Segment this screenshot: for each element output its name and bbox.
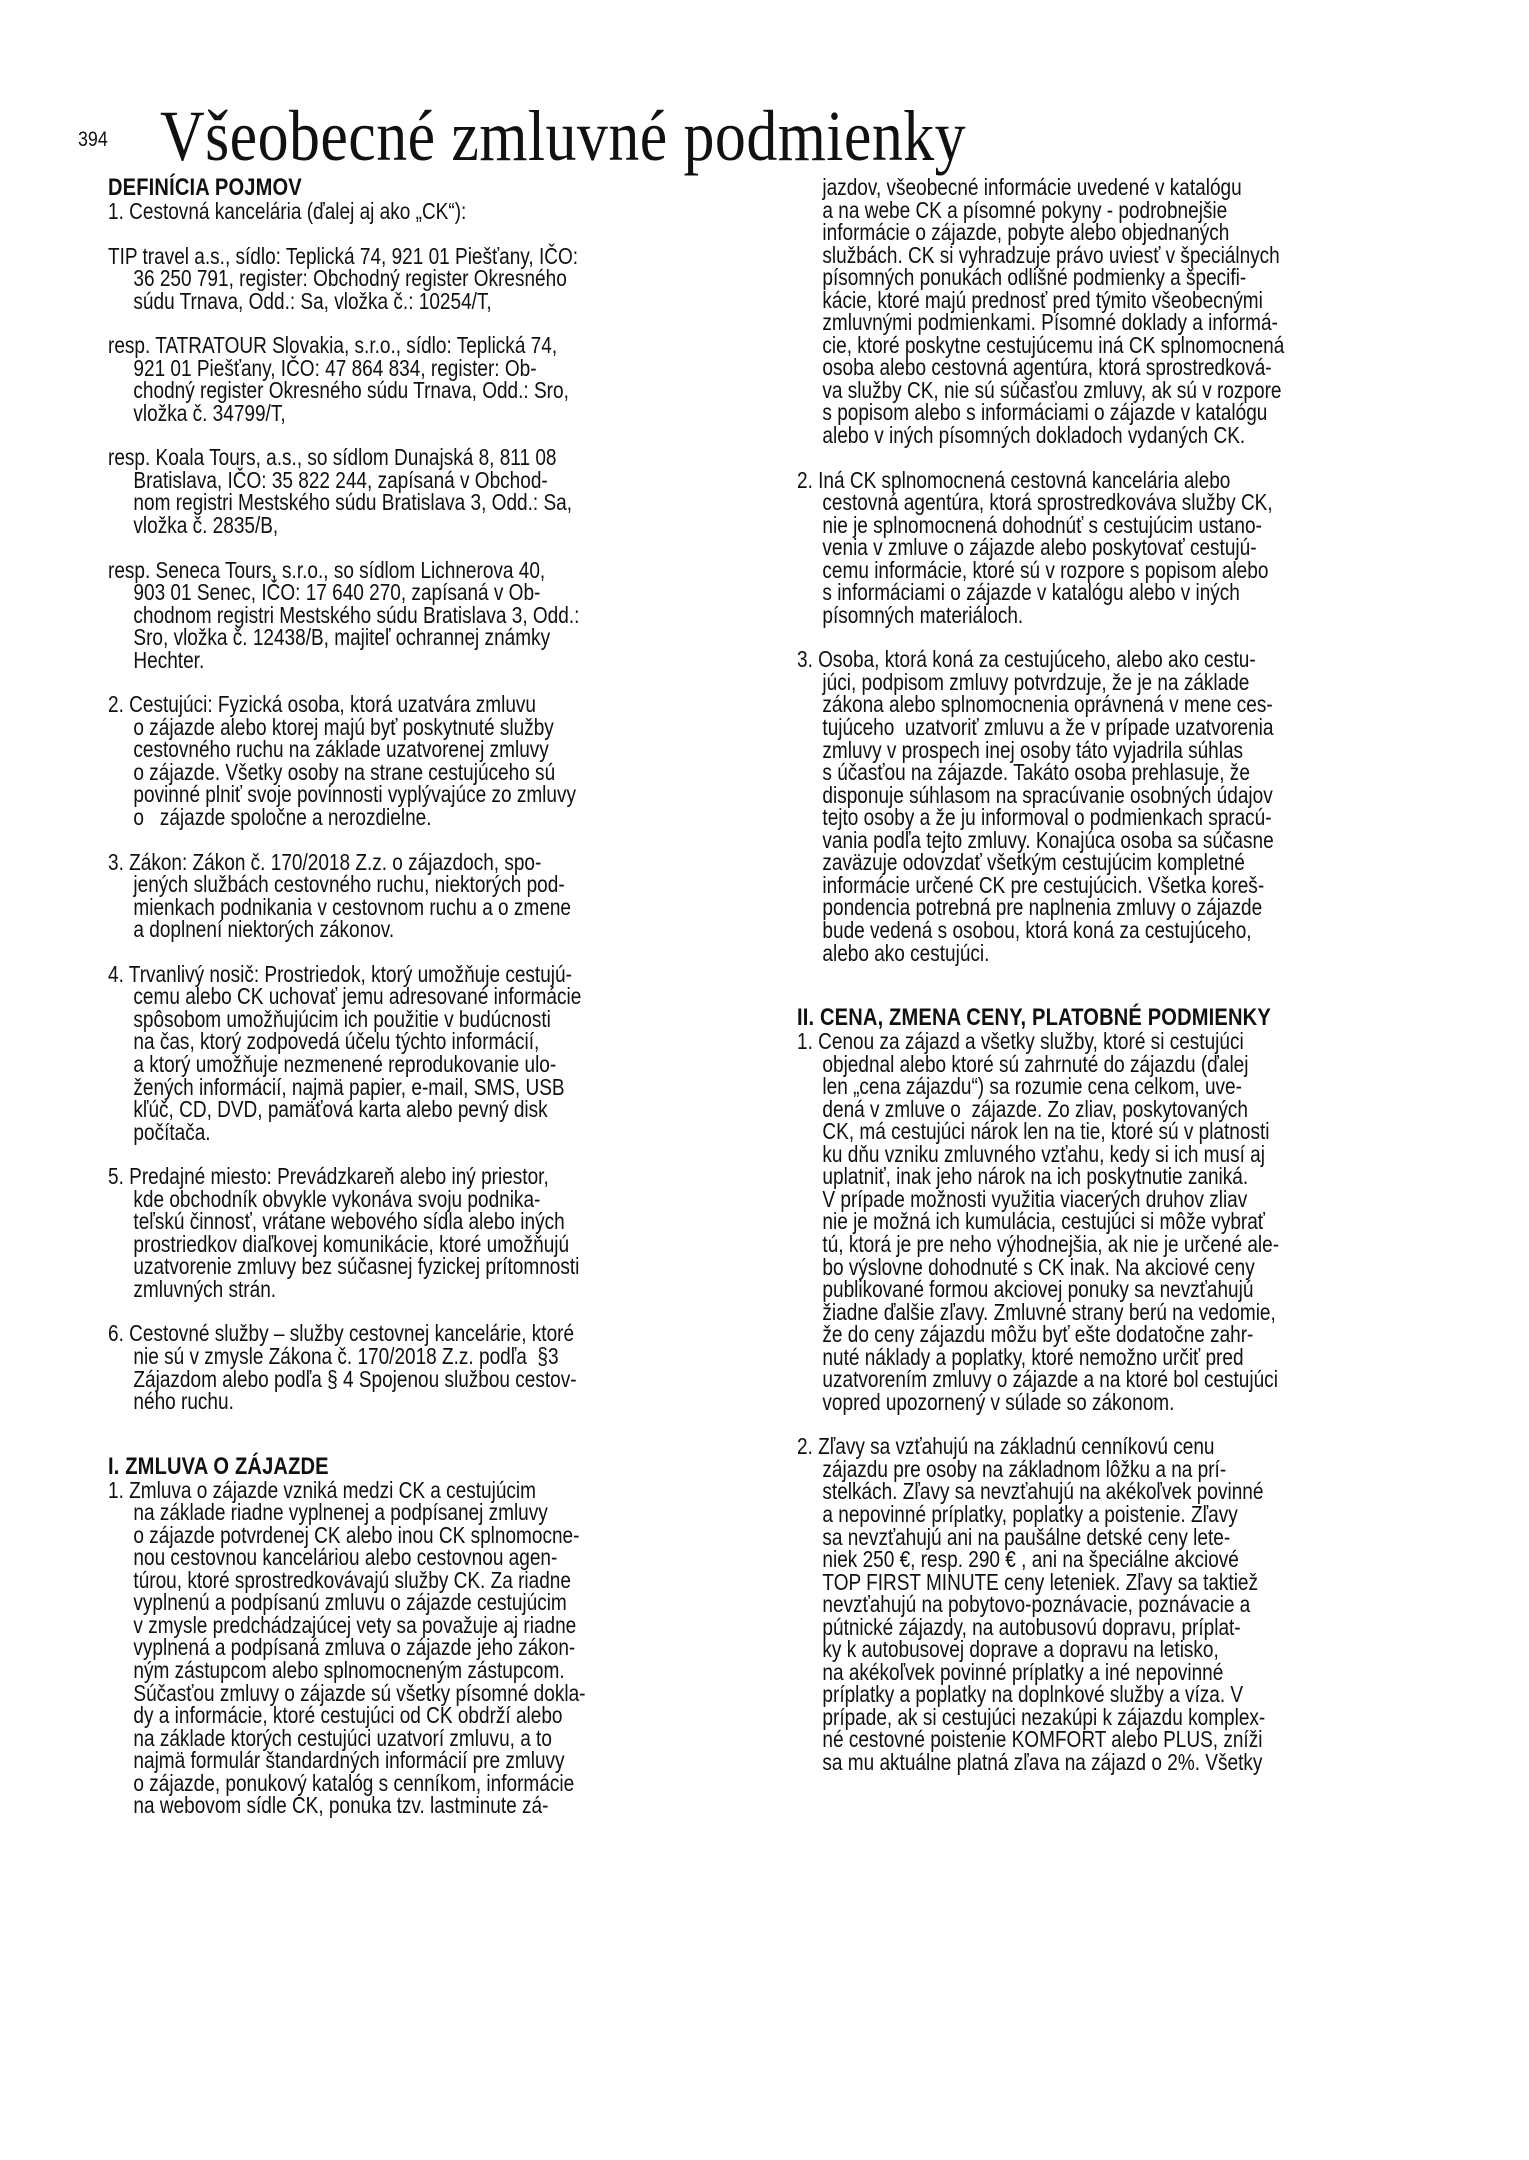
text-line: Zájazdom alebo podľa § 4 Spojenou službo… (108, 1368, 731, 1391)
text-line: osoba alebo cestovná agentúra, ktorá spr… (797, 356, 1420, 379)
definition-item-3: 3. Zákon: Zákon č. 170/2018 Z.z. o zájaz… (108, 851, 731, 941)
text-line: a na webe CK a písomné pokyny - podrobne… (797, 199, 1420, 222)
text-line: o zájazde spoločne a nerozdielne. (108, 806, 731, 829)
text-line: na základe riadne vyplnenej a podpísanej… (108, 1501, 731, 1524)
text-line: sa mu aktuálne platná zľava na zájazd o … (797, 1751, 1420, 1774)
text-line: 3. Zákon: Zákon č. 170/2018 Z.z. o zájaz… (108, 851, 731, 874)
text-line: Súčasťou zmluvy o zájazde sú všetky píso… (108, 1682, 731, 1705)
text-line: TOP FIRST MINUTE ceny leteniek. Zľavy sa… (797, 1571, 1420, 1594)
text-line: zákona alebo splnomocnenia oprávnená v m… (797, 693, 1420, 716)
contract-item-2: 2. Iná CK splnomocnená cestovná kancelár… (797, 469, 1420, 627)
text-line: v zmysle predchádzajúcej vety sa považuj… (108, 1614, 731, 1637)
text-line: vložka č. 2835/B, (108, 514, 731, 537)
text-line: resp. Koala Tours, a.s., so sídlom Dunaj… (108, 446, 731, 469)
text-line: s informáciami o zájazde v katalógu aleb… (797, 581, 1420, 604)
text-line: teľskú činnosť, vrátane webového sídla a… (108, 1210, 731, 1233)
price-item-1: 1. Cenou za zájazd a všetky služby, ktor… (797, 1030, 1420, 1413)
text-line: vyplnená a podpísaná zmluva o zájazde je… (108, 1636, 731, 1659)
text-line: službách. CK si vyhradzuje právo uviesť … (797, 244, 1420, 267)
text-line: resp. Seneca Tours, s.r.o., so sídlom Li… (108, 559, 731, 582)
company-tip-travel: TIP travel a.s., sídlo: Teplická 74, 921… (108, 245, 731, 313)
text-line: cestovného ruchu na základe uzatvorenej … (108, 738, 731, 761)
definition-item-4: 4. Trvanlivý nosič: Prostriedok, ktorý u… (108, 963, 731, 1143)
text-line: 5. Predajné miesto: Prevádzkareň alebo i… (108, 1165, 731, 1188)
text-line: nevzťahujú na pobytovo-poznávacie, pozná… (797, 1593, 1420, 1616)
text-line: nie je splnomocnená dohodnúť s cestujúci… (797, 514, 1420, 537)
text-line: žiadne ďalšie zľavy. Zmluvné strany berú… (797, 1301, 1420, 1324)
definition-item-5: 5. Predajné miesto: Prevádzkareň alebo i… (108, 1165, 731, 1300)
text-line: a nepovinné príplatky, poplatky a poiste… (797, 1503, 1420, 1526)
text-line: Hechter. (108, 649, 731, 672)
text-line: venia v zmluve o zájazde alebo poskytova… (797, 536, 1420, 559)
text-line: tú, ktorá je pre neho výhodnejšia, ak ni… (797, 1233, 1420, 1256)
text-line: 2. Cestujúci: Fyzická osoba, ktorá uzatv… (108, 693, 731, 716)
text-line: stelkách. Zľavy sa nevzťahujú na akékoľv… (797, 1480, 1420, 1503)
text-line: prípade, ak si cestujúci nezakúpi k zája… (797, 1706, 1420, 1729)
text-line: uzatvorením zmluvy o zájazde a na ktoré … (797, 1368, 1420, 1391)
text-line: kľúč, CD, DVD, pamäťová karta alebo pevn… (108, 1098, 731, 1121)
text-line: písomných ponukách odlišné podmienky a š… (797, 266, 1420, 289)
text-line: bude vedená s osobou, ktorá koná za cest… (797, 919, 1420, 942)
section-heading-cena: II. CENA, ZMENA CENY, PLATOBNÉ PODMIENKY (797, 1006, 1420, 1030)
text-line: na čas, ktorý zodpovedá účelu týchto inf… (108, 1030, 731, 1053)
text-line: zmluvných strán. (108, 1278, 731, 1301)
text-line: a doplnení niektorých zákonov. (108, 918, 731, 941)
text-line: kácie, ktoré majú prednosť pred týmito v… (797, 289, 1420, 312)
text-line: cemu alebo CK uchovať jemu adresované in… (108, 985, 731, 1008)
text-line: o zájazde. Všetky osoby na strane cestuj… (108, 761, 731, 784)
page-number: 394 (78, 128, 108, 152)
price-item-2: 2. Zľavy sa vzťahujú na základnú cenníko… (797, 1435, 1420, 1773)
text-line: jených službách cestovného ruchu, niekto… (108, 873, 731, 896)
text-line: bo výslovne dohodnuté s CK inak. Na akci… (797, 1256, 1420, 1279)
text-line: 1. Cenou za zájazd a všetky služby, ktor… (797, 1030, 1420, 1053)
definition-item-2: 2. Cestujúci: Fyzická osoba, ktorá uzatv… (108, 693, 731, 828)
text-line: cemu informácie, ktoré sú v rozpore s po… (797, 559, 1420, 582)
text-line: nie sú v zmysle Zákona č. 170/2018 Z.z. … (108, 1345, 731, 1368)
text-line: jazdov, všeobecné informácie uvedené v k… (797, 176, 1420, 199)
text-line: uplatniť, inak jeho nárok na ich poskytn… (797, 1165, 1420, 1188)
section-heading-zmluva: I. ZMLUVA O ZÁJAZDE (108, 1455, 731, 1479)
text-line: disponuje súhlasom na spracúvanie osobný… (797, 784, 1420, 807)
company-seneca-tours: resp. Seneca Tours, s.r.o., so sídlom Li… (108, 559, 731, 672)
text-line: a ktorý umožňuje nezmenené reprodukovani… (108, 1053, 731, 1076)
text-line: sa nevzťahujú ani na paušálne detské cen… (797, 1526, 1420, 1549)
text-line: Bratislava, IČO: 35 822 244, zapísaná v … (108, 469, 731, 492)
text-line: vopred upozornený v súlade so zákonom. (797, 1391, 1420, 1414)
text-line: nuté náklady a poplatky, ktoré nemožno u… (797, 1346, 1420, 1369)
text-line: 2. Zľavy sa vzťahujú na základnú cenníko… (797, 1435, 1420, 1458)
text-line: tejto osoby a že ju informoval o podmien… (797, 806, 1420, 829)
text-line: s účasťou na zájazde. Takáto osoba prehl… (797, 761, 1420, 784)
text-line: CK, má cestujúci nárok len na tie, ktoré… (797, 1120, 1420, 1143)
text-line: túrou, ktoré sprostredkovávajú služby CK… (108, 1569, 731, 1592)
text-line: publikované formou akciovej ponuky sa ne… (797, 1278, 1420, 1301)
text-line: dená v zmluve o zájazde. Zo zliav, posky… (797, 1098, 1420, 1121)
text-line: 36 250 791, register: Obchodný register … (108, 267, 731, 290)
text-line: 1. Cestovná kancelária (ďalej aj ako „CK… (108, 200, 731, 223)
page-title: Všeobecné zmluvné podmienky (160, 96, 966, 176)
text-line: va služby CK, nie sú súčasťou zmluvy, ak… (797, 379, 1420, 402)
text-line: mienkach podnikania v cestovnom ruchu a … (108, 896, 731, 919)
text-line: o zájazde, ponukový katalóg s cenníkom, … (108, 1772, 731, 1795)
text-line: zmluvy v prospech inej osoby táto vyjadr… (797, 739, 1420, 762)
text-line: zájazdu pre osoby na základnom lôžku a n… (797, 1458, 1420, 1481)
text-line: né cestovné poistenie KOMFORT alebo PLUS… (797, 1728, 1420, 1751)
text-line: alebo v iných písomných dokladoch vydaný… (797, 424, 1420, 447)
text-line: 903 01 Senec, IČO: 17 640 270, zapísaná … (108, 581, 731, 604)
text-line: nom registri Mestského súdu Bratislava 3… (108, 491, 731, 514)
text-line: júci, podpisom zmluvy potvrdzuje, že je … (797, 671, 1420, 694)
text-line: TIP travel a.s., sídlo: Teplická 74, 921… (108, 245, 731, 268)
section-heading-definitions: DEFINÍCIA POJMOV (108, 176, 731, 200)
text-line: ného ruchu. (108, 1390, 731, 1413)
text-line: pútnické zájazdy, na autobusovú dopravu,… (797, 1616, 1420, 1639)
text-line: resp. TATRATOUR Slovakia, s.r.o., sídlo:… (108, 334, 731, 357)
text-line: prostriedkov diaľkovej komunikácie, ktor… (108, 1233, 731, 1256)
text-line: vložka č. 34799/T, (108, 402, 731, 425)
text-line: kde obchodník obvykle vykonáva svoju pod… (108, 1188, 731, 1211)
contract-item-3: 3. Osoba, ktorá koná za cestujúceho, ale… (797, 648, 1420, 964)
text-line: o zájazde potvrdenej CK alebo inou CK sp… (108, 1524, 731, 1547)
text-line: s popisom alebo s informáciami o zájazde… (797, 401, 1420, 424)
company-koala-tours: resp. Koala Tours, a.s., so sídlom Dunaj… (108, 446, 731, 536)
text-line: na základe ktorých cestujúci uzatvorí zm… (108, 1727, 731, 1750)
text-line: ku dňu vzniku zmluvného vzťahu, kedy si … (797, 1143, 1420, 1166)
text-line: spôsobom umožňujúcim ich použitie v budú… (108, 1008, 731, 1031)
text-line: najmä formulár štandardných informácií p… (108, 1749, 731, 1772)
text-line: objednal alebo ktoré sú zahrnuté do zája… (797, 1053, 1420, 1076)
text-line: cestovná agentúra, ktorá sprostredkováva… (797, 491, 1420, 514)
text-line: Sro, vložka č. 12438/B, majiteľ ochranne… (108, 626, 731, 649)
definition-item-6: 6. Cestovné služby – služby cestovnej ka… (108, 1322, 731, 1412)
text-line: 3. Osoba, ktorá koná za cestujúceho, ale… (797, 648, 1420, 671)
contract-item-1: 1. Zmluva o zájazde vzniká medzi CK a ce… (108, 1479, 731, 1817)
text-line: 2. Iná CK splnomocnená cestovná kancelár… (797, 469, 1420, 492)
text-line: pondencia potrebná pre naplnenia zmluvy … (797, 896, 1420, 919)
text-line: na akékoľvek povinné príplatky a iné nep… (797, 1661, 1420, 1684)
text-line: vania podľa tejto zmluvy. Konajúca osoba… (797, 829, 1420, 852)
text-line: zaväzuje odovzdať všetkým cestujúcim kom… (797, 851, 1420, 874)
contract-item-1-continuation: jazdov, všeobecné informácie uvedené v k… (797, 176, 1420, 447)
text-line: že do ceny zájazdu môžu byť ešte dodatoč… (797, 1323, 1420, 1346)
text-line: V prípade možnosti využitia viacerých dr… (797, 1188, 1420, 1211)
text-line: o zájazde alebo ktorej majú byť poskytnu… (108, 716, 731, 739)
text-line: príplatky a poplatky na doplnkové služby… (797, 1683, 1420, 1706)
left-column: DEFINÍCIA POJMOV 1. Cestovná kancelária … (108, 176, 868, 1817)
text-line: informácie o zájazde, pobyte alebo objed… (797, 221, 1420, 244)
company-tatratour: resp. TATRATOUR Slovakia, s.r.o., sídlo:… (108, 334, 731, 424)
text-line: ným zástupcom alebo splnomocneným zástup… (108, 1659, 731, 1682)
text-line: 4. Trvanlivý nosič: Prostriedok, ktorý u… (108, 963, 731, 986)
text-line: uzatvorenie zmluvy bez súčasnej fyzickej… (108, 1255, 731, 1278)
text-line: informácie určené CK pre cestujúcich. Vš… (797, 874, 1420, 897)
text-line: tujúceho uzatvoriť zmluvu a že v prípade… (797, 716, 1420, 739)
text-line: súdu Trnava, Odd.: Sa, vložka č.: 10254/… (108, 290, 731, 313)
text-line: povinné plniť svoje povinnosti vyplývajú… (108, 783, 731, 806)
text-line: zmluvnými podmienkami. Písomné doklady a… (797, 311, 1420, 334)
text-line: chodný register Okresného súdu Trnava, O… (108, 379, 731, 402)
text-line: niek 250 €, resp. 290 € , ani na špeciál… (797, 1548, 1420, 1571)
text-line: počítača. (108, 1121, 731, 1144)
text-line: nou cestovnou kanceláriou alebo cestovno… (108, 1546, 731, 1569)
text-line: chodnom registri Mestského súdu Bratisla… (108, 604, 731, 627)
text-line: alebo ako cestujúci. (797, 942, 1420, 965)
text-line: vyplnenú a podpísanú zmluvu o zájazde ce… (108, 1591, 731, 1614)
text-line: ky k autobusovej doprave a dopravu na le… (797, 1638, 1420, 1661)
text-line: nie je možná ich kumulácia, cestujúci si… (797, 1210, 1420, 1233)
text-line: dy a informácie, ktoré cestujúci od CK o… (108, 1704, 731, 1727)
text-line: písomných materiáloch. (797, 604, 1420, 627)
definition-item-1-intro: 1. Cestovná kancelária (ďalej aj ako „CK… (108, 200, 731, 223)
right-column: jazdov, všeobecné informácie uvedené v k… (797, 176, 1529, 1774)
text-line: 6. Cestovné služby – služby cestovnej ka… (108, 1322, 731, 1345)
text-line: na webovom sídle CK, ponuka tzv. lastmin… (108, 1794, 731, 1817)
text-line: žených informácií, najmä papier, e-mail,… (108, 1076, 731, 1099)
text-line: 921 01 Piešťany, IČO: 47 864 834, regist… (108, 357, 731, 380)
text-line: len „cena zájazdu“) sa rozumie cena celk… (797, 1075, 1420, 1098)
text-line: cie, ktoré poskytne cestujúcemu iná CK s… (797, 334, 1420, 357)
text-line: 1. Zmluva o zájazde vzniká medzi CK a ce… (108, 1479, 731, 1502)
